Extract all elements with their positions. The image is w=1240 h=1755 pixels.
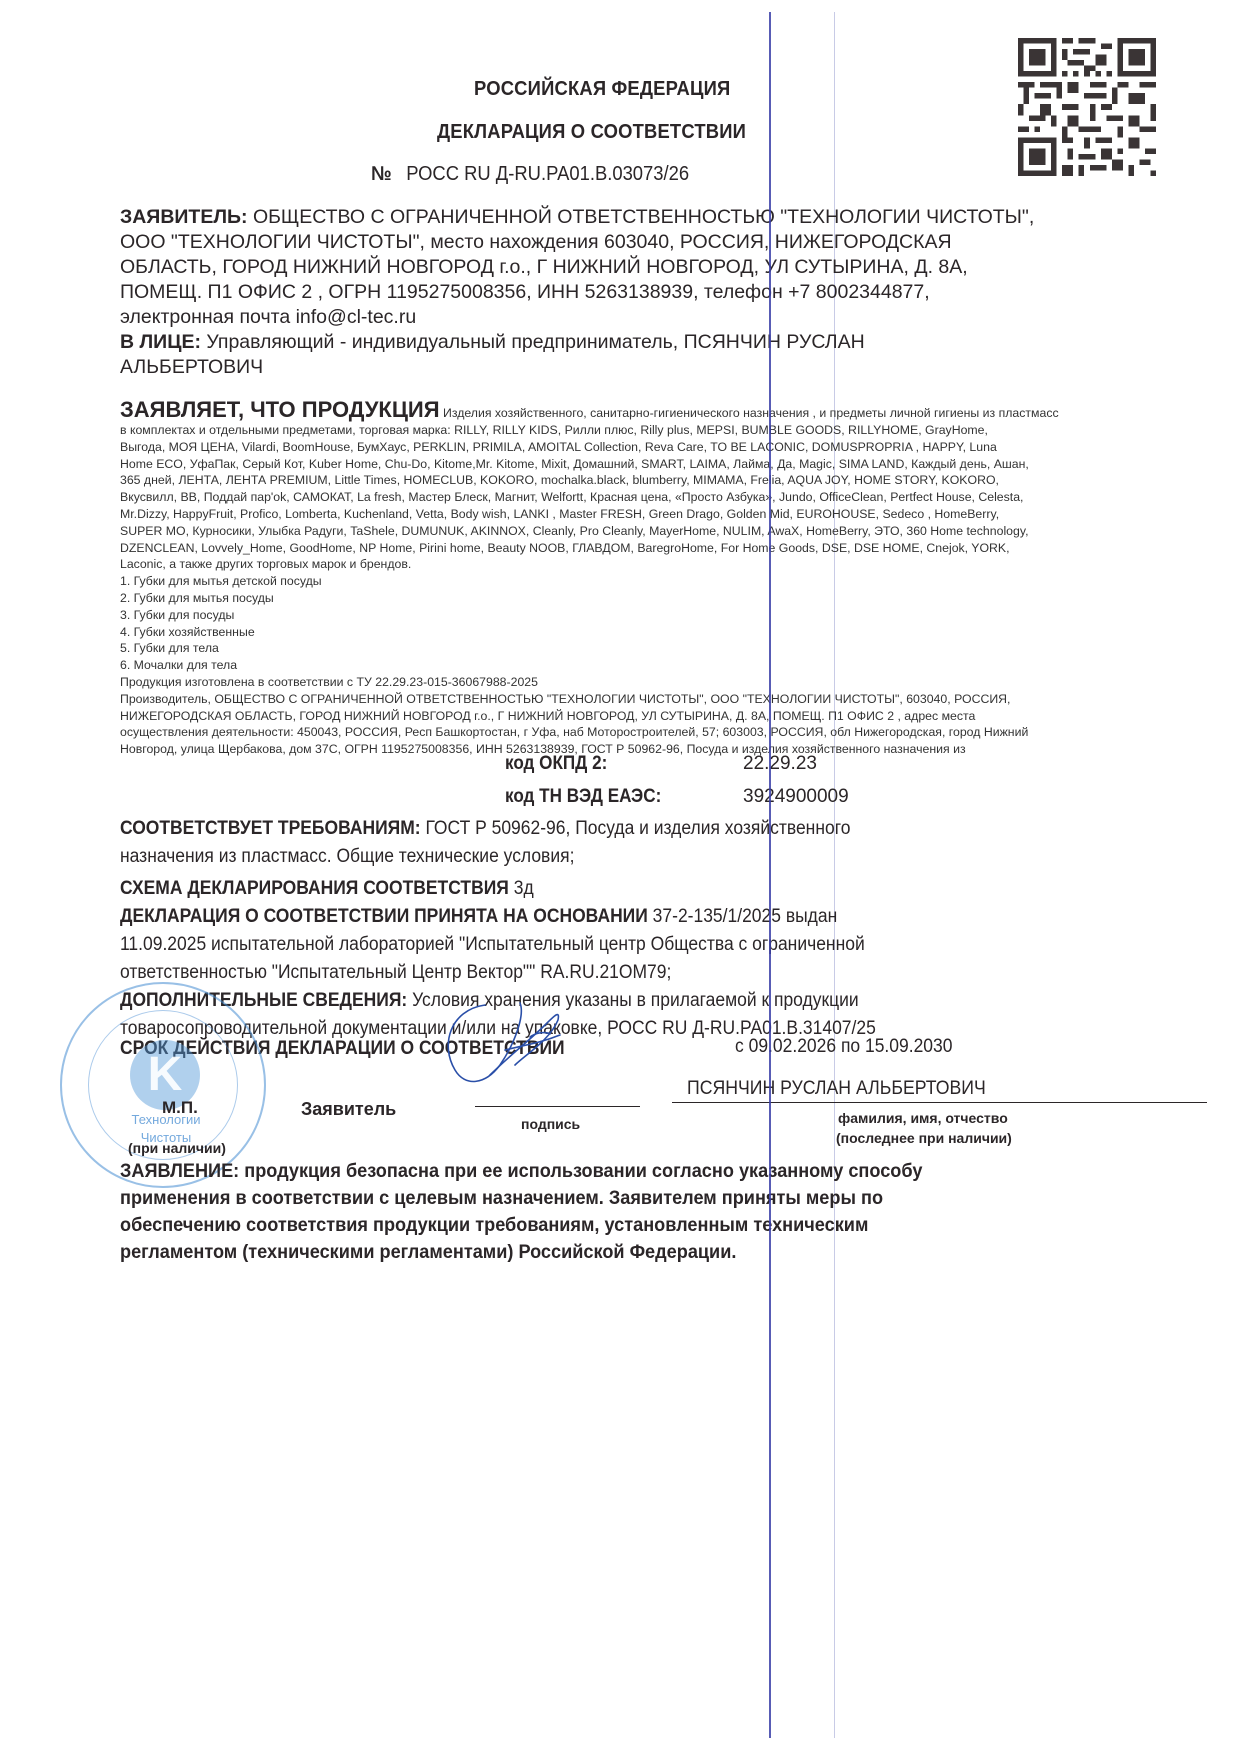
scheme-value: 3д [514,878,534,899]
basis-label: ДЕКЛАРАЦИЯ О СООТВЕТСТВИИ ПРИНЯТА НА ОСН… [120,906,648,927]
basis-value: 37-2-135/1/2025 выдан [653,906,838,927]
validity-value: с 09.02.2026 по 15.09.2030 [735,1036,952,1058]
applicant-email: электронная почта info@cl-tec.ru [120,305,1210,330]
statement-line: применения в соответствии с целевым назн… [120,1185,1050,1212]
name-line [672,1102,1207,1103]
product-item: 3. Губки для посуды [120,607,1210,624]
requirements-label: СООТВЕТСТВУЕТ ТРЕБОВАНИЯМ: [120,818,421,839]
products-first-line: Изделия хозяйственного, санитарно-гигиен… [443,406,1059,420]
applicant-line: ПОМЕЩ. П1 ОФИС 2 , ОГРН 1195275008356, И… [120,280,1210,305]
products-label: ЗАЯВЛЯЕТ, ЧТО ПРОДУКЦИЯ [120,397,440,422]
brand-line: в комплектах и отдельными предметами, то… [120,422,1210,439]
handwritten-signature-icon [430,995,630,1095]
statement-block: ЗАЯВЛЕНИЕ: продукция безопасна при ее ис… [120,1158,1050,1266]
brand-line: DZENCLEAN, Lovvely_Home, GoodHome, NP Ho… [120,540,1210,557]
brand-line: SUPER MO, Курносики, Улыбка Радуги, TaSh… [120,523,1210,540]
brand-line: 365 дней, ЛЕНТА, ЛЕНТА PREMIUM, Little T… [120,472,1210,489]
signature-caption: подпись [521,1116,580,1132]
applicant-line: ОБЩЕСТВО С ОГРАНИЧЕННОЙ ОТВЕТСТВЕННОСТЬЮ… [253,206,1034,228]
tu-line: Продукция изготовлена в соответствии с Т… [120,674,1210,691]
manufacturer-line: Новгород, улица Щербакова, дом 37С, ОГРН… [120,741,1210,758]
basis-line: ответственностью "Испытательный Центр Ве… [120,959,1040,987]
tnved-label: код ТН ВЭД ЕАЭС: [505,786,661,808]
requirements-line: ГОСТ Р 50962-96, Посуда и изделия хозяйс… [425,818,850,839]
statement-line: регламентом (техническими регламентами) … [120,1239,1050,1266]
basis-line: 11.09.2025 испытательной лабораторией "И… [120,931,1040,959]
product-item: 5. Губки для тела [120,640,1210,657]
document-title: ДЕКЛАРАЦИЯ О СООТВЕТСТВИИ [437,121,746,144]
name-caption-note: (последнее при наличии) [836,1130,1012,1146]
products-block: ЗАЯВЛЯЕТ, ЧТО ПРОДУКЦИЯ Изделия хозяйств… [120,398,1210,758]
scan-artifact-line-dark [769,12,771,1738]
statement-line: продукция безопасна при ее использовании… [244,1160,922,1182]
represented-line: Управляющий - индивидуальный предпринима… [206,331,864,353]
applicant-signature-label: Заявитель [301,1099,396,1120]
okpd-label: код ОКПД 2: [505,753,607,775]
requirements-line: назначения из пластмасс. Общие техническ… [120,843,1040,871]
stamp-note: (при наличии) [128,1140,226,1156]
statement-line: обеспечению соответствия продукции требо… [120,1212,1050,1239]
brand-line: Выгода, МОЯ ЦЕНА, Vilardi, BoomHouse, Бу… [120,439,1210,456]
brand-line: Вкусвилл, ВВ, Поддай пар'ok, САМОКАТ, La… [120,489,1210,506]
scheme-label: СХЕМА ДЕКЛАРИРОВАНИЯ СООТВЕТСТВИЯ [120,878,509,899]
represented-line: АЛЬБЕРТОВИЧ [120,355,1210,380]
tnved-code-row: код ТН ВЭД ЕАЭС: [505,786,679,808]
name-caption: фамилия, имя, отчество [838,1110,1008,1126]
manufacturer-line: Производитель, ОБЩЕСТВО С ОГРАНИЧЕННОЙ О… [120,691,1210,708]
represented-label: В ЛИЦЕ: [120,331,201,353]
applicant-block: ЗАЯВИТЕЛЬ: ОБЩЕСТВО С ОГРАНИЧЕННОЙ ОТВЕТ… [120,205,1210,380]
manufacturer-line: осуществления деятельности: 450043, РОСС… [120,724,1210,741]
brand-line: Laconic, а также других торговых марок и… [120,556,1210,573]
statement-label: ЗАЯВЛЕНИЕ: [120,1160,239,1182]
okpd-code-row: код ОКПД 2: [505,753,619,775]
country-title: РОССИЙСКАЯ ФЕДЕРАЦИЯ [474,78,730,101]
tnved-value: 3924900009 [743,786,849,808]
product-item: 1. Губки для мытья детской посуды [120,573,1210,590]
qr-code-icon [1018,38,1156,176]
okpd-value: 22.29.23 [743,753,817,775]
applicant-label: ЗАЯВИТЕЛЬ: [120,206,248,228]
signature-line [475,1106,640,1107]
applicant-line: ООО "ТЕХНОЛОГИИ ЧИСТОТЫ", место нахожден… [120,230,1210,255]
declaration-number: РОСС RU Д-RU.РА01.В.03073/26 [406,163,689,185]
signer-full-name: ПСЯНЧИН РУСЛАН АЛЬБЕРТОВИЧ [687,1078,986,1100]
number-sign: № [371,163,392,185]
product-item: 2. Губки для мытья посуды [120,590,1210,607]
applicant-line: ОБЛАСТЬ, ГОРОД НИЖНИЙ НОВГОРОД г.о., Г Н… [120,255,1210,280]
brand-line: Home ECO, УфаПак, Серый Кот, Kuber Home,… [120,456,1210,473]
stamp-place-label: М.П. [162,1098,198,1118]
manufacturer-line: НИЖЕГОРОДСКАЯ ОБЛАСТЬ, ГОРОД НИЖНИЙ НОВГ… [120,708,1210,725]
declaration-number-line: №РОСС RU Д-RU.РА01.В.03073/26 [371,163,689,186]
brand-line: Mr.Dizzy, HappyFruit, Profico, Lomberta,… [120,506,1210,523]
product-item: 6. Мочалки для тела [120,657,1210,674]
product-item: 4. Губки хозяйственные [120,624,1210,641]
